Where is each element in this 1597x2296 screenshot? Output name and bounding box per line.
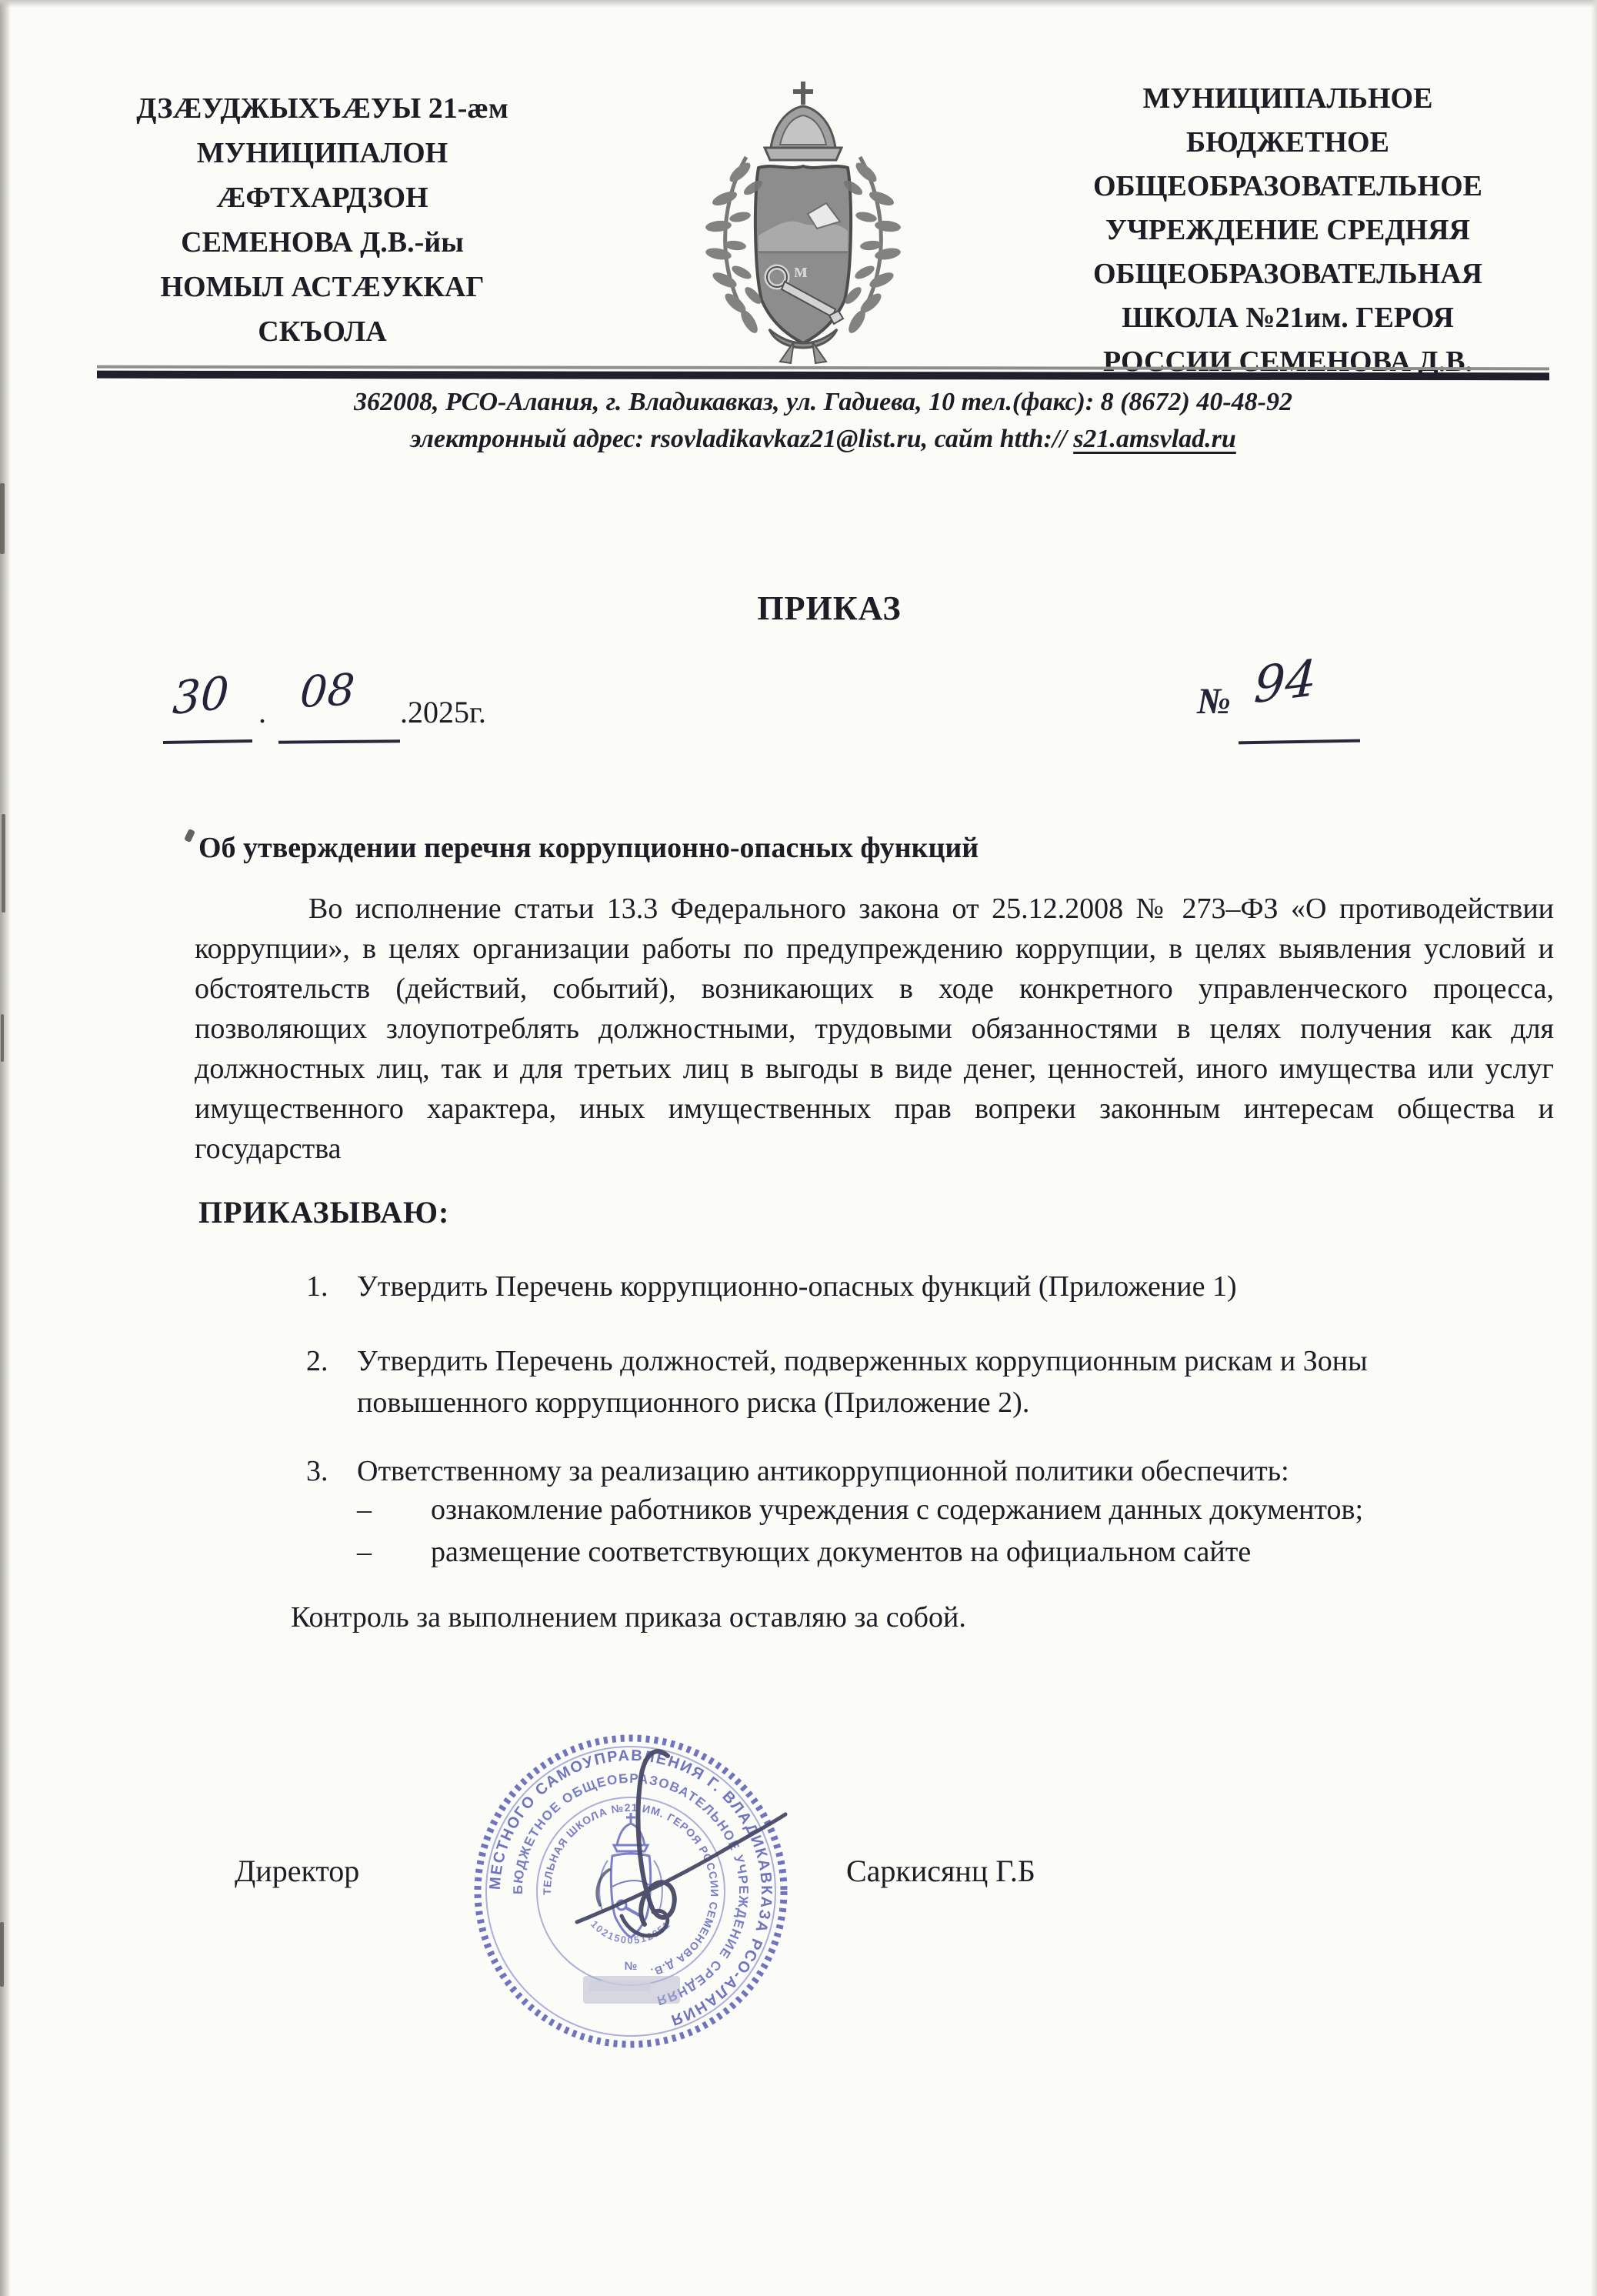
order-title: ПРИКАЗ <box>0 589 1597 628</box>
subitem-dash: – <box>354 1535 431 1569</box>
header-divider-thick-line <box>97 371 1549 381</box>
item-text: Утвердить Перечень коррупционно-опасных … <box>357 1266 1237 1307</box>
order-subitem: – ознакомление работников учреждения с с… <box>354 1493 1462 1527</box>
item-text: Ответственному за реализацию антикоррупц… <box>357 1450 1289 1492</box>
scan-edge-top <box>0 0 1597 8</box>
order-item: 3. Ответственному за реализацию антикорр… <box>306 1450 1506 1492</box>
subitem-dash: – <box>354 1493 431 1527</box>
site-url-text: s21.amsvlad.ru <box>1073 425 1236 453</box>
email-and-site-text: электронный адрес: rsovladikavkaz21@list… <box>410 425 1073 453</box>
item-number: 3. <box>306 1450 357 1492</box>
org-line: МУНИЦИПАЛЬНОЕ <box>1031 77 1545 121</box>
scan-mark <box>1 1014 4 1062</box>
item-number: 1. <box>306 1266 357 1307</box>
org-name-ossetian: ДЗÆУДЖЫХЪÆУЫ 21-æм МУНИЦИПАЛОН ÆФТХАРДЗО… <box>128 86 517 354</box>
org-line: СЕМЕНОВА Д.В.-йы <box>128 220 517 265</box>
org-name-russian: МУНИЦИПАЛЬНОЕ БЮДЖЕТНОЕ ОБЩЕОБРАЗОВАТЕЛЬ… <box>1031 77 1545 384</box>
order-item: 2. Утвердить Перечень должностей, подвер… <box>306 1340 1506 1423</box>
org-address-line: 362008, РСО-Алания, г. Владикавказ, ул. … <box>97 388 1549 417</box>
svg-text:м: м <box>794 259 808 282</box>
coat-of-arms-vladikavkaz-icon: м <box>678 71 928 371</box>
handwritten-order-number: 94 <box>1252 650 1318 716</box>
header-divider <box>97 365 1549 381</box>
scan-mark <box>0 1922 4 1987</box>
order-subitem: – размещение соответствующих документов … <box>354 1535 1462 1569</box>
stamp-number-mark: № <box>625 1960 638 1973</box>
scan-mark <box>2 814 5 913</box>
org-line: СКЪОЛА <box>128 309 517 354</box>
order-body-paragraph: Во исполнение статьи 13.3 Федерального з… <box>195 889 1554 1169</box>
signer-role: Директор <box>235 1853 359 1889</box>
org-line: БЮДЖЕТНОЕ <box>1031 121 1545 165</box>
org-line: ДЗÆУДЖЫХЪÆУЫ 21-æм <box>128 86 517 131</box>
signer-name: Саркисянц Г.Б <box>846 1853 1035 1889</box>
handwritten-date-day: 30 <box>172 666 230 725</box>
org-line: МУНИЦИПАЛОН <box>128 131 517 175</box>
date-day-underline <box>163 739 252 744</box>
scan-mark <box>0 483 5 554</box>
org-line: УЧРЕЖДЕНИЕ СРЕДНЯЯ <box>1031 209 1545 252</box>
date-separator: . <box>258 694 266 730</box>
control-sentence: Контроль за выполнением приказа оставляю… <box>291 1600 966 1634</box>
org-line: ШКОЛА №21им. ГЕРОЯ <box>1031 296 1545 340</box>
order-number-sign: № <box>1197 680 1231 723</box>
item-text: Утвердить Перечень должностей, подвержен… <box>357 1340 1506 1423</box>
stamp-center-emblem <box>599 1813 662 1937</box>
date-month-underline <box>278 739 400 743</box>
org-line: НОМЫЛ АСТÆУККАГ <box>128 265 517 309</box>
handwritten-date-month: 08 <box>298 665 356 718</box>
org-contacts-line: электронный адрес: rsovladikavkaz21@list… <box>97 425 1549 454</box>
order-number-underline <box>1239 739 1360 745</box>
org-line: ОБЩЕОБРАЗОВАТЕЛЬНОЕ <box>1031 165 1545 209</box>
school-round-stamp: АДМИНИСТРАЦИЯ МЕСТНОГО САМОУПРАВЛЕНИЯ Г.… <box>462 1722 800 2061</box>
item-number: 2. <box>306 1340 357 1423</box>
ink-speck <box>184 829 195 843</box>
date-year: .2025г. <box>400 694 486 730</box>
order-item: 1. Утвердить Перечень коррупционно-опасн… <box>306 1266 1506 1307</box>
scanned-order-page: ДЗÆУДЖЫХЪÆУЫ 21-æм МУНИЦИПАЛОН ÆФТХАРДЗО… <box>0 0 1597 2296</box>
subitem-text: размещение соответствующих документов на… <box>431 1535 1251 1569</box>
command-label: ПРИКАЗЫВАЮ: <box>198 1194 449 1230</box>
order-subject: Об утверждении перечня коррупционно-опас… <box>198 831 1399 865</box>
scan-edge-right <box>1591 0 1597 2296</box>
org-line: ÆФТХАРДЗОН <box>128 175 517 220</box>
subitem-text: ознакомление работников учреждения с сод… <box>431 1493 1363 1527</box>
org-line: ОБЩЕОБРАЗОВАТЕЛЬНАЯ <box>1031 252 1545 296</box>
